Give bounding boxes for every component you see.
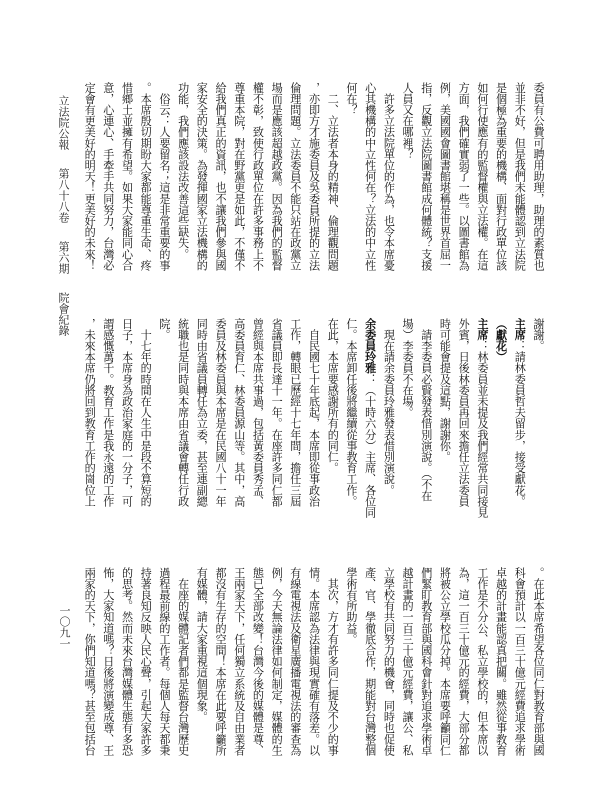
- text-column: 例，美國國會圖書館堪稱是世界首屈一: [435, 82, 454, 287]
- text-column: 有線電視法及衛星廣播電視法的審查為: [285, 567, 304, 772]
- text-column: 越計畫的一百三十億元經費，讓公、私: [397, 567, 416, 772]
- text-column: 的思考。然而未來台灣媒體生態有多恐: [117, 567, 136, 772]
- text-column: 心其機構的中立性何在？立法的中立性: [360, 82, 379, 287]
- text-column: 何在？: [341, 82, 360, 287]
- text-column: 統職也是同時與本席由省議會轉任行政: [173, 318, 192, 523]
- text-column: 主席：林委員並未提及我們經常共同接見: [472, 318, 491, 523]
- text-column: 例，今天無論法律如何制定，媒體的生: [266, 567, 285, 772]
- text-column: 在座的媒體記者們都是監督台灣歷史: [173, 567, 192, 772]
- text-column: 謝謝。: [528, 318, 547, 523]
- text-column: 委員有公費可聘用助理，助理的素質也: [528, 82, 547, 287]
- text-column: 許多立法院單位的作為，也令本席憂: [379, 82, 398, 287]
- text-column: 同時由省議員轉任為立委，甚至連副總: [192, 318, 211, 523]
- speaker-label: 主席: [476, 318, 489, 340]
- page-number: 一〇九一: [57, 605, 71, 649]
- text-column: 日子，本席身為政治家庭的一分子，可: [117, 318, 136, 523]
- speaker-label: 主席: [513, 318, 526, 340]
- text-column: 有媒體，請大家重視這個現象。: [192, 567, 211, 772]
- lower-text-block: 。在此本席希望各位同仁對教育部與國科會預計以一百三十億元經費追求學術卓越的計畫能…: [77, 567, 547, 772]
- text-column: 主席：請林委員哲夫留步，接受獻花。: [510, 318, 529, 523]
- text-column: 學術有所助益。: [341, 567, 360, 772]
- publication-title: 立法院公報: [56, 95, 70, 150]
- text-column: 二、立法者本身的精神、倫理觀問題: [323, 82, 342, 287]
- text-column: 方面，我們確實弱了一些。以圖書館為: [453, 82, 472, 287]
- text-column: 自民國七十年底起，本席即從事政治: [304, 318, 323, 523]
- text-column: 十七年的時間在人生中是段不算短的: [136, 318, 155, 523]
- gazette-page: 立法院公報第八十八卷第六期院會紀錄 一〇九一 委員有公費可聘用助理，助理的素質也…: [0, 0, 600, 793]
- text-column: 將被公立學校瓜分掉。本席要呼籲同仁: [435, 567, 454, 772]
- text-column: 是個極為重要的機構、面對行政單位該: [491, 82, 510, 287]
- text-column: 並非不好，但是我們未能體認到立法院: [510, 82, 529, 287]
- text-column: ，亦即方才施委員及吳委員所提的立法: [304, 82, 323, 287]
- upper-text-block: 委員有公費可聘用助理，助理的素質也並非不好，但是我們未能體認到立法院是個極為重要…: [77, 82, 547, 287]
- text-column: 時可能會提及這點，謝謝你。: [435, 318, 454, 523]
- text-column: 工作，轉眼已歷經十七年間，擔任三屆: [285, 318, 304, 523]
- text-column: 立學校有共同努力的機會，同時也促使: [379, 567, 398, 772]
- text-column: 工作是不分公、私立學校的，但本席以: [472, 567, 491, 772]
- text-column: 在此，本席要感謝所有的同仁。: [323, 318, 342, 523]
- text-column: 意，心連心、手牽手共同努力，台灣必: [98, 82, 117, 287]
- text-column: 外賓，日後林委員再回來擔任立法委員: [453, 318, 472, 523]
- text-column: 兩家的天下，你們知道嗎？甚至包括台: [79, 567, 98, 772]
- speaker-label: 余委員玲雅: [364, 318, 377, 374]
- text-column: 們緊盯教育部與國科會針對追求學術卓: [416, 567, 435, 772]
- text-column: 王兩家天下，任何獨立系統及自由業者: [229, 567, 248, 772]
- text-column: 現在請余委員玲雅發表惜別演說。: [379, 318, 398, 523]
- issue-label: 第六期: [56, 241, 70, 274]
- text-column: 請李委員必賢發表惜別演說。（不在: [416, 318, 435, 523]
- text-column: 高委員育仁、林委員源山等。其中，高: [229, 318, 248, 523]
- text-column: 余委員玲雅：（十時六分）主席、各位同: [360, 318, 379, 523]
- text-column: 其次，方才有許多同仁提及不少的事: [323, 567, 342, 772]
- text-column: 指，反觀立法院圖書館成何體統？支援: [416, 82, 435, 287]
- text-column: 都沒有生存的空間！本席在此要呼籲所: [210, 567, 229, 772]
- text-column: 委員及林委員與本席是在民國八十一年: [210, 318, 229, 523]
- text-column: 定會有更美好的明天！更美好的未來！: [79, 82, 98, 287]
- text-column: 給我們真正的資訊，也不讓我們參與國: [210, 82, 229, 287]
- text-column: 卓越的計畫能認真把關。雖然從事教育: [491, 567, 510, 772]
- text-column: 過程最前線的工作者。每個人每天都秉: [154, 567, 173, 772]
- text-column: 。本席殷切期盼大家都能尊重生命、疼: [136, 82, 155, 287]
- middle-text-block: 謝謝。主席：請林委員哲夫留步，接受獻花。（獻花）主席：林委員並未提及我們經常共同…: [77, 318, 547, 523]
- text-column: 產、官、學徹底合作，期能對台灣整個: [360, 567, 379, 772]
- section-label: 院會紀錄: [56, 292, 70, 336]
- text-column: 院。: [154, 318, 173, 523]
- running-header: 立法院公報第八十八卷第六期院會紀錄: [56, 95, 70, 336]
- text-column: 場）李委員不在場。: [397, 318, 416, 523]
- text-column: 如何行使應有的監督權與立法權。在這: [472, 82, 491, 287]
- text-column: 謂感慨萬千。教育工作是我永遠的工作: [98, 318, 117, 523]
- text-column: 科會預計以一百三十億元經費追求學術: [510, 567, 529, 772]
- text-column: 。在此本席希望各位同仁對教育部與國: [528, 567, 547, 772]
- text-column: 仁。本席卸任後將繼續從事教育工作。: [341, 318, 360, 523]
- text-column: 惜鄉土並擁有希望。如果大家能同心合: [117, 82, 136, 287]
- text-column: 人員又在哪裡？: [397, 82, 416, 287]
- text-column: 權不彰，致使行政單位在許多事務上不: [248, 82, 267, 287]
- text-column: 功能，我們應該設法改善這些缺失。: [173, 82, 192, 287]
- text-column: 情。本席認為法律與現實確有落差。以: [304, 567, 323, 772]
- text-column: 俗云：人要留名；這是非常重要的事: [154, 82, 173, 287]
- text-column: 尊重本院，對在野黨更是如此，不僅不: [229, 82, 248, 287]
- text-column: （獻花）: [491, 318, 510, 523]
- text-column: 場而是應該超越政黨。因為我們的監督: [266, 82, 285, 287]
- text-column: 態已全部改變！台灣今後的媒體是尊、: [248, 567, 267, 772]
- text-column: 為，這一百三十億元的經費，大部分都: [453, 567, 472, 772]
- text-column: 曾經與本席共事過，包括黃委員秀孟、: [248, 318, 267, 523]
- text-column: ，未來本席仍將回到教育工作的崗位上: [79, 318, 98, 523]
- text-column: 家安全的決策。為發揮國家立法機構的: [192, 82, 211, 287]
- text-column: 省議員即長達十一年。在座許多同仁都: [266, 318, 285, 523]
- text-column: 倫理問題。立法委員不能只站在政黨立: [285, 82, 304, 287]
- text-column: 持著良知反映人民心聲，引起大家許多: [136, 567, 155, 772]
- volume-label: 第八十八卷: [56, 168, 70, 223]
- text-column: 怖，大家知道嗎？日後將演變成尊、王: [98, 567, 117, 772]
